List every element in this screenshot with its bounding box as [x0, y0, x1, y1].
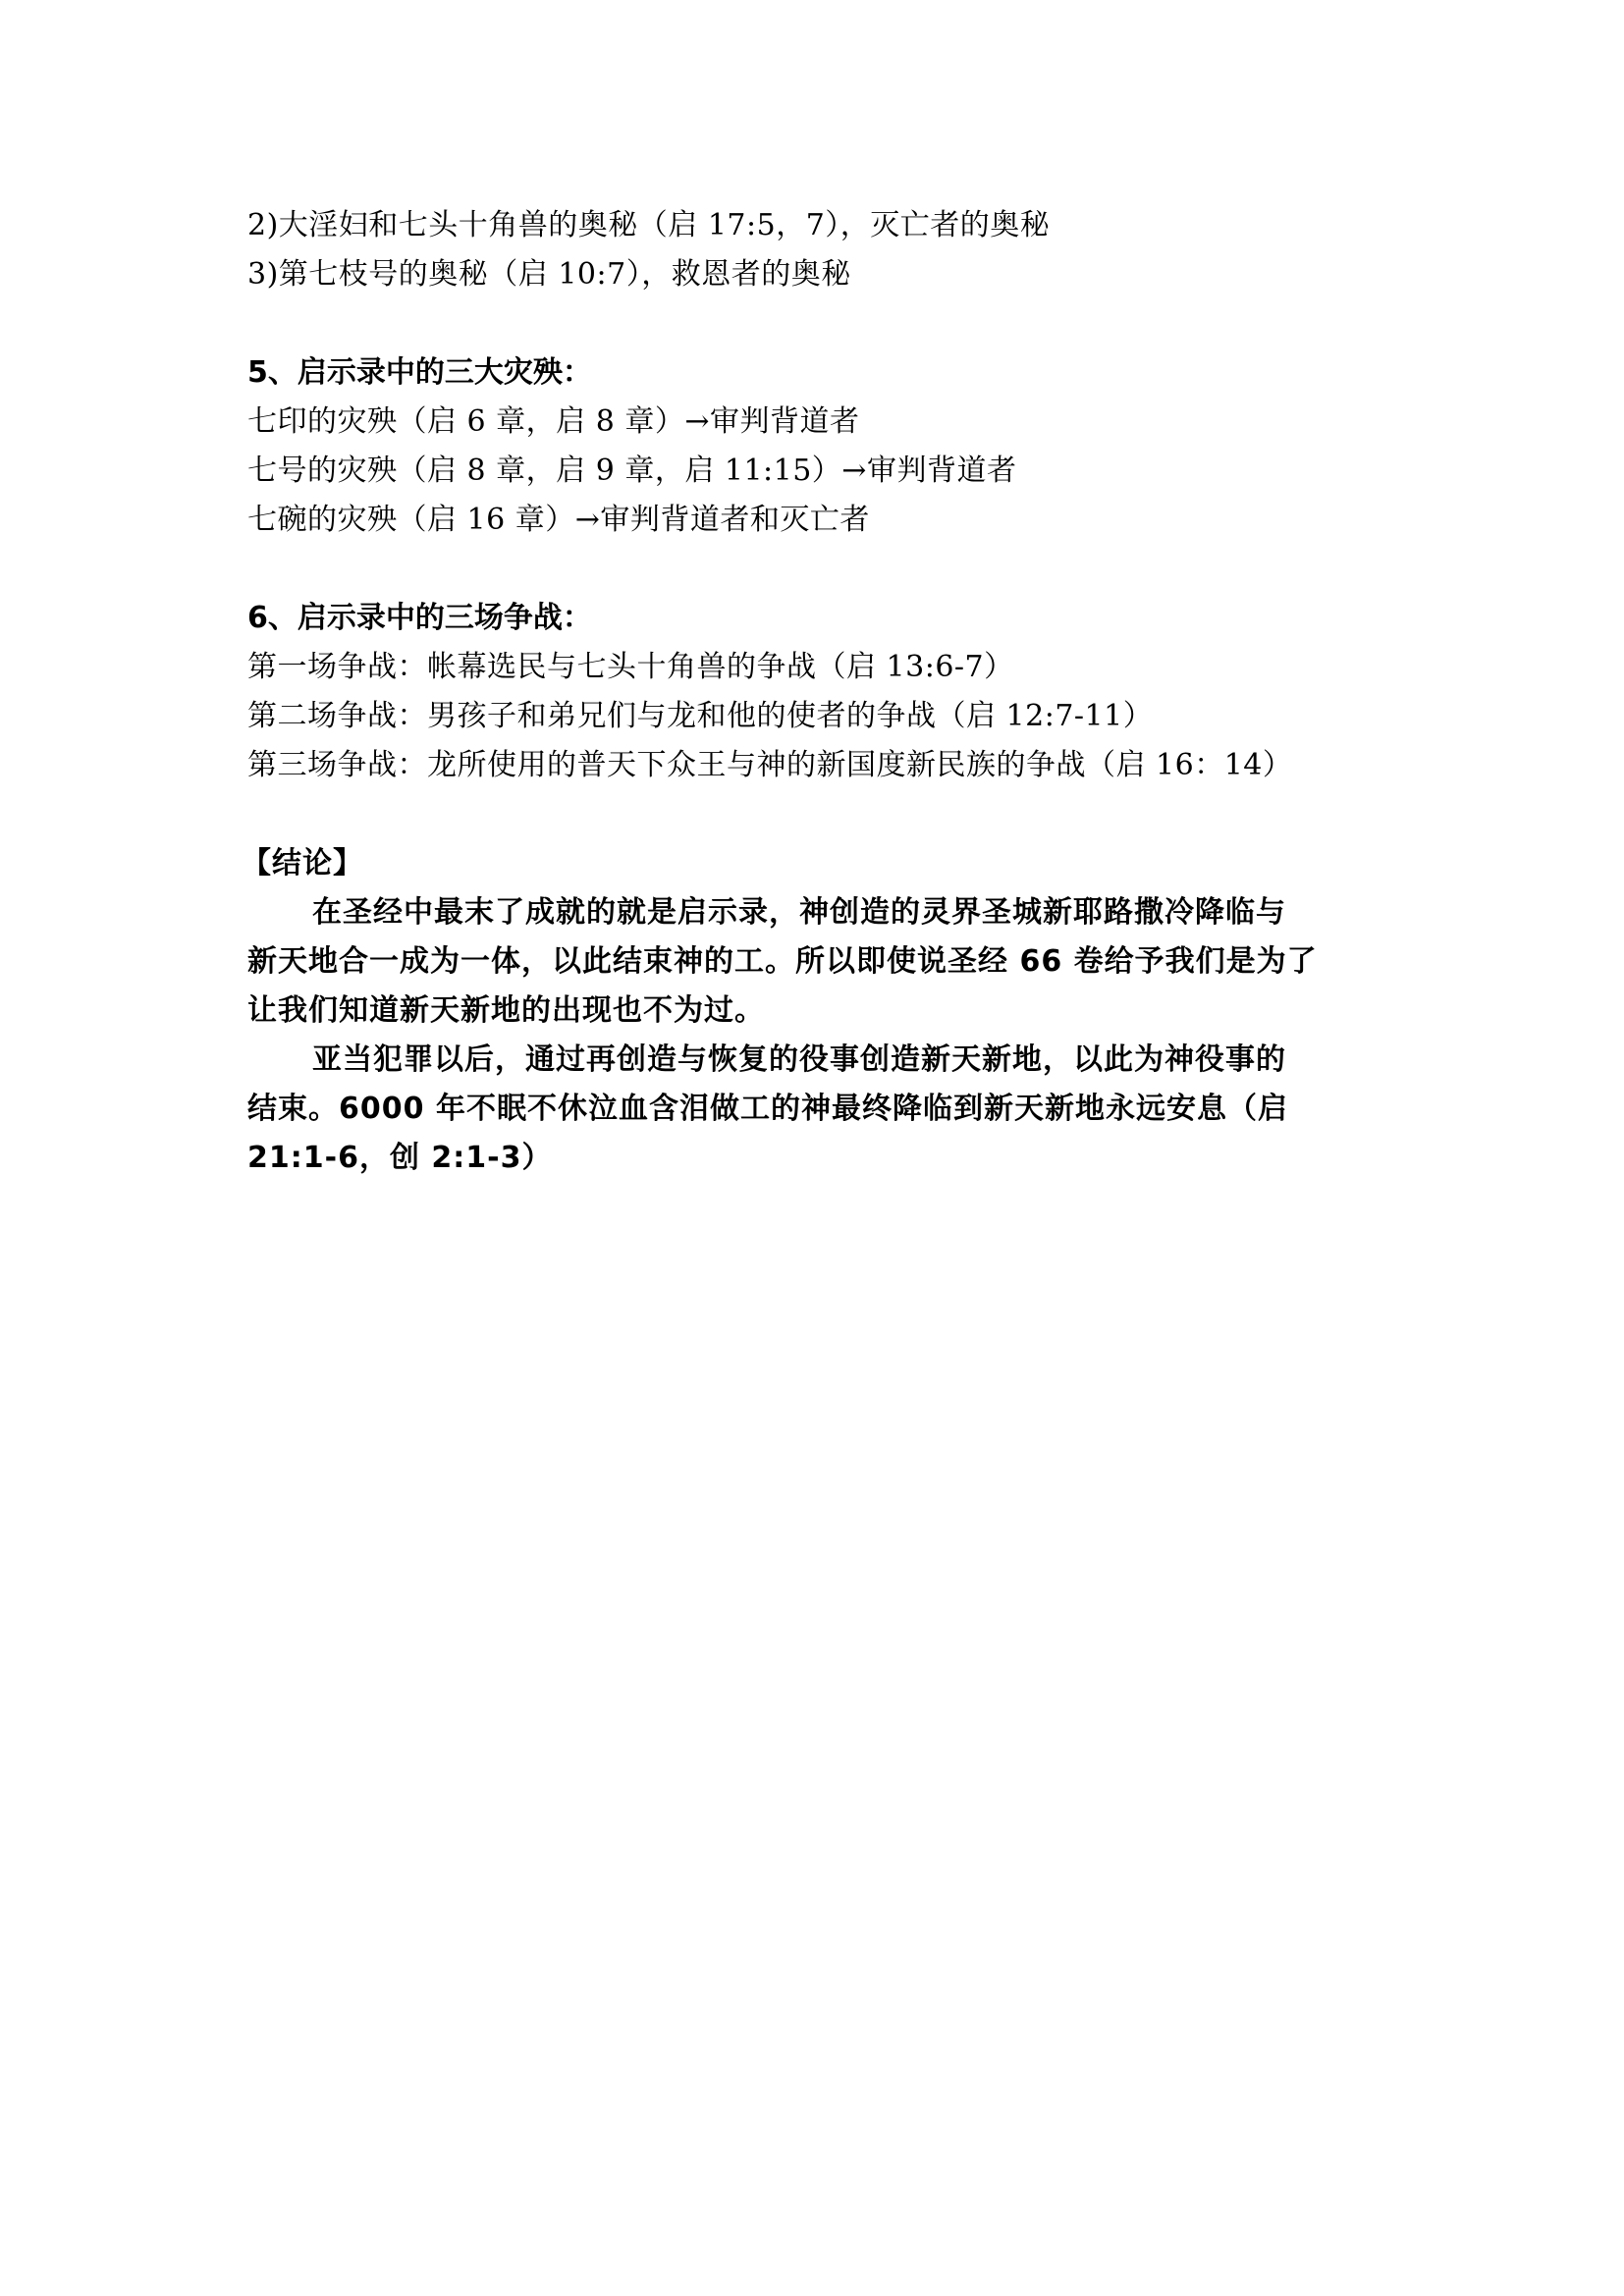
conclusion-paragraph-1-line: 新天地合一成为一体，以此结束神的工。所以即使说圣经 66 卷给予我们是为了: [247, 937, 1318, 987]
section-5-heading: 5、启示录中的三大灾殃：: [247, 348, 592, 398]
conclusion-paragraph-2-line: 结束。6000 年不眠不休泣血含泪做工的神最终降临到新天新地永远安息（启: [247, 1085, 1288, 1134]
plague-item: 七碗的灾殃（启 16 章）→审判背道者和灭亡者: [247, 496, 870, 545]
battle-item: 第二场争战：男孩子和弟兄们与龙和他的使者的争战（启 12:7-11）: [247, 692, 1153, 741]
document-page: 2)大淫妇和七头十角兽的奥秘（启 17:5，7），灭亡者的奥秘 3)第七枝号的奥…: [0, 0, 1624, 2296]
conclusion-paragraph-2-line: 21:1-6，创 2:1-3）: [247, 1134, 552, 1183]
conclusion-paragraph-1-line: 在圣经中最末了成就的就是启示录，神创造的灵界圣城新耶路撒冷降临与: [312, 888, 1286, 937]
conclusion-paragraph-2-line: 亚当犯罪以后，通过再创造与恢复的役事创造新天新地，以此为神役事的: [312, 1036, 1286, 1085]
plague-item: 七印的灾殃（启 6 章，启 8 章）→审判背道者: [247, 398, 859, 447]
conclusion-paragraph-1-line: 让我们知道新天新地的出现也不为过。: [247, 987, 765, 1036]
conclusion-heading: 【结论】: [242, 839, 363, 888]
mystery-item-2: 2)大淫妇和七头十角兽的奥秘（启 17:5，7），灭亡者的奥秘: [247, 201, 1050, 250]
battle-item: 第三场争战：龙所使用的普天下众王与神的新国度新民族的争战（启 16：14）: [247, 741, 1292, 790]
mystery-item-3: 3)第七枝号的奥秘（启 10:7），救恩者的奥秘: [247, 250, 851, 299]
plague-item: 七号的灾殃（启 8 章，启 9 章，启 11:15）→审判背道者: [247, 447, 1016, 496]
section-6-heading: 6、启示录中的三场争战：: [247, 594, 592, 643]
battle-item: 第一场争战：帐幕选民与七头十角兽的争战（启 13:6-7）: [247, 643, 1014, 692]
